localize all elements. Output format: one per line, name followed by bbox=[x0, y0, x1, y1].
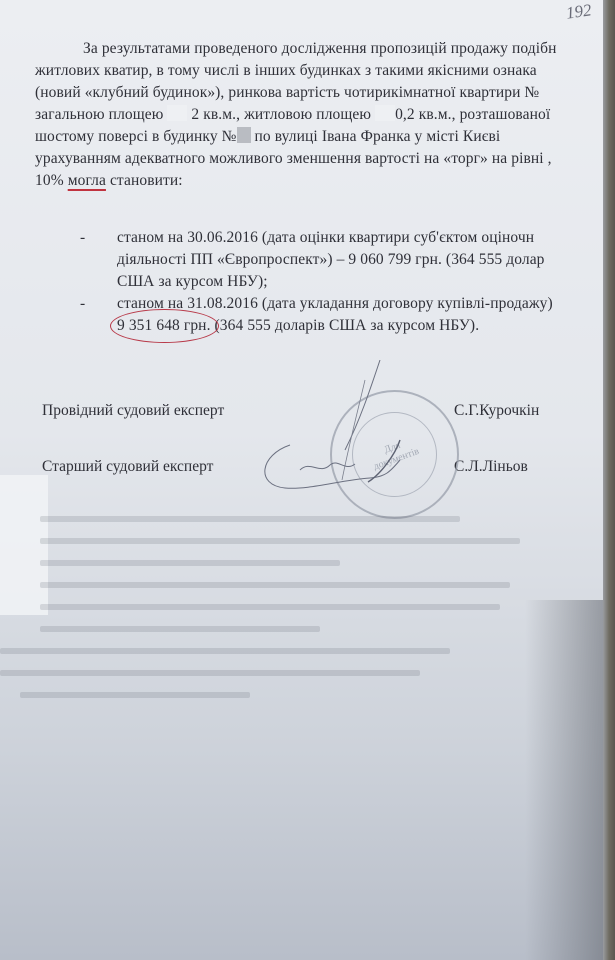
page-edge bbox=[603, 0, 615, 960]
bullet-dash: - bbox=[80, 293, 85, 315]
signature-name-senior: С.Л.Ліньов bbox=[454, 458, 528, 476]
paragraph-text: становити: bbox=[110, 172, 183, 189]
paragraph-line: За результатами проведеного дослідження … bbox=[35, 38, 557, 60]
paragraph-text: 10% bbox=[35, 172, 64, 189]
paragraph-text: 2 кв.м., житловою площею bbox=[191, 106, 371, 123]
bullet-dash: - bbox=[80, 227, 85, 249]
bullet-line: 9 351 648 грн. (364 555 доларів США за к… bbox=[117, 315, 553, 337]
handwritten-signature bbox=[250, 360, 450, 500]
bullet-line: діяльності ПП «Європроспект») – 9 060 79… bbox=[117, 249, 553, 271]
redaction-box bbox=[167, 105, 187, 121]
signature-title-senior: Старший судовий експерт bbox=[42, 458, 213, 476]
bullet-line: станом на 30.06.2016 (дата оцінки кварти… bbox=[117, 227, 553, 249]
bullet-list: - станом на 30.06.2016 (дата оцінки квар… bbox=[80, 227, 553, 337]
bullet-item: - станом на 30.06.2016 (дата оцінки квар… bbox=[80, 227, 553, 293]
redaction-box bbox=[237, 127, 251, 143]
page-number: 192 bbox=[565, 0, 593, 23]
paragraph-line: урахуванням адекватного можливого зменше… bbox=[35, 148, 557, 170]
paragraph-line: шостому поверсі в будинку № по вулиці Ів… bbox=[35, 126, 557, 148]
paragraph-text: 0,2 кв.м., розташованої bbox=[395, 106, 550, 123]
paragraph-text: по вулиці Івана Франка у місті Києві bbox=[255, 128, 501, 145]
circled-amount: 9 351 648 грн. bbox=[117, 315, 211, 337]
bullet-item: - станом на 31.08.2016 (дата укладання д… bbox=[80, 293, 553, 337]
bleed-through-text bbox=[0, 500, 560, 700]
paragraph-line: загальною площею 2 кв.м., житловою площе… bbox=[35, 104, 557, 126]
signature-title-lead: Провідний судовий експерт bbox=[42, 402, 224, 420]
paragraph-line: житлових кватир, в тому числі в інших бу… bbox=[35, 60, 557, 82]
paragraph-text: загальною площею bbox=[35, 106, 163, 123]
signature-name-lead: С.Г.Курочкін bbox=[454, 402, 539, 420]
paragraph-line: 10% могла становити: bbox=[35, 170, 557, 192]
redaction-box bbox=[375, 105, 395, 121]
paragraph-line: (новий «клубний будинок»), ринкова варті… bbox=[35, 82, 557, 104]
underlined-word: могла bbox=[68, 172, 106, 189]
main-paragraph: За результатами проведеного дослідження … bbox=[35, 38, 557, 192]
bullet-text: (364 555 доларів США за курсом НБУ). bbox=[215, 317, 480, 334]
bullet-line: США за курсом НБУ); bbox=[117, 271, 553, 293]
paragraph-text: шостому поверсі в будинку № bbox=[35, 128, 237, 145]
